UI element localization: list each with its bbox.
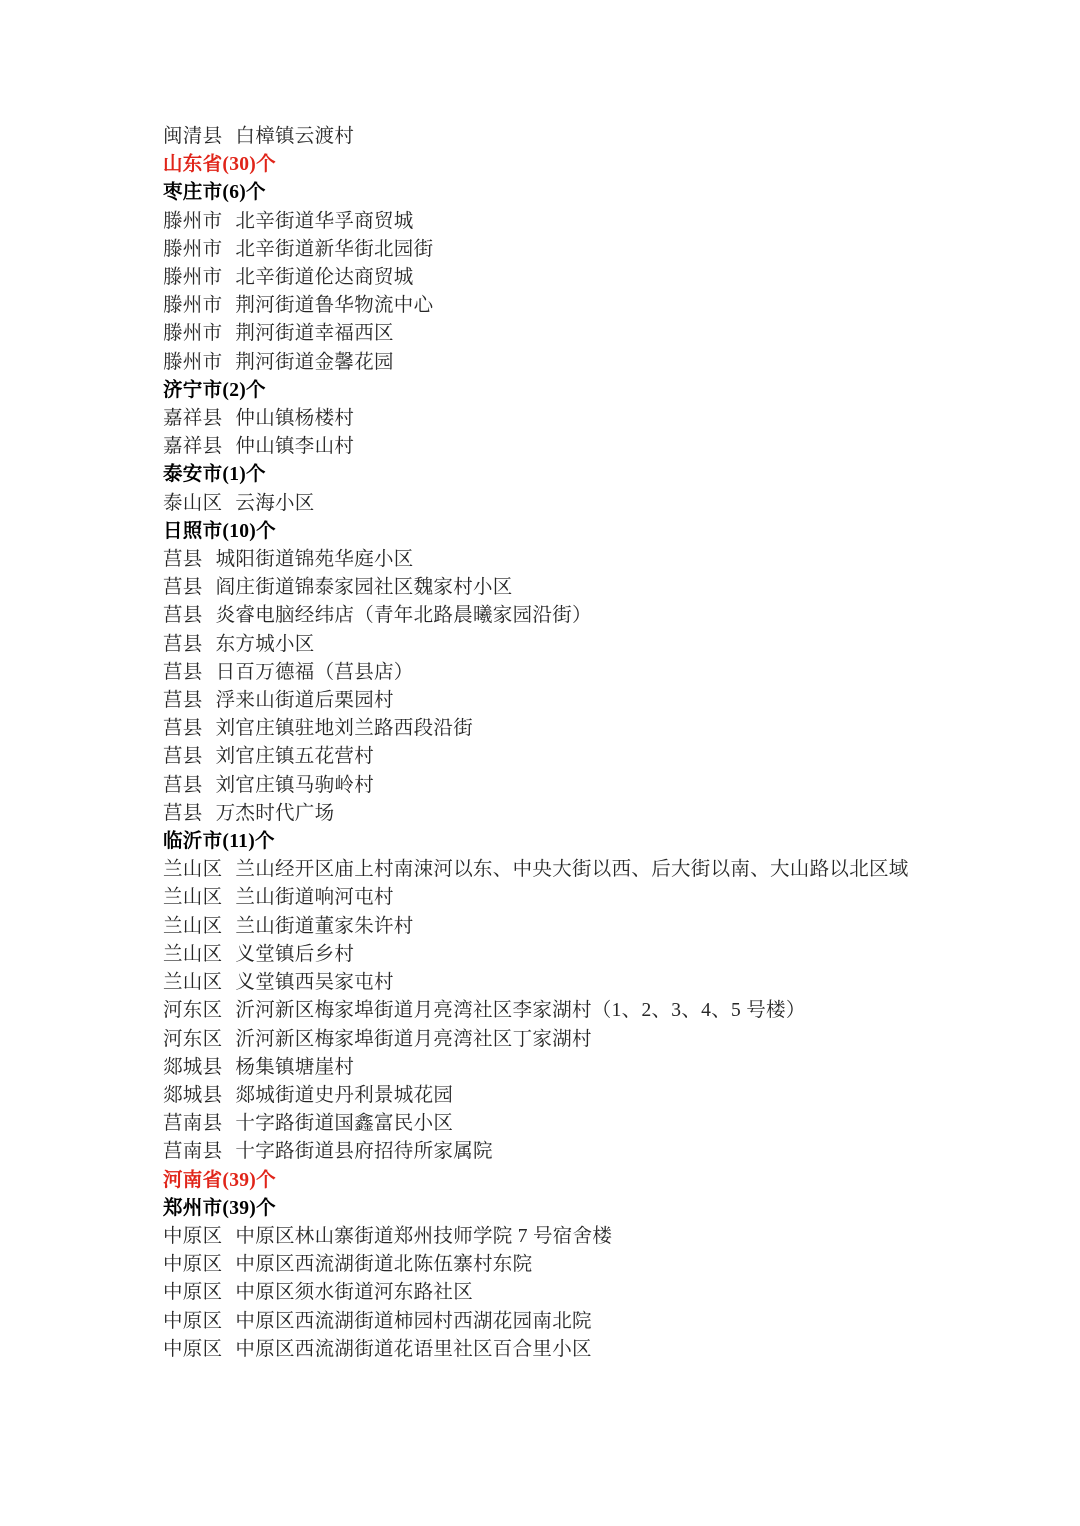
county-label: 河东区 (163, 1026, 222, 1054)
place-label: 沂河新区梅家埠街道月亮湾社区李家湖村（1、2、3、4、5 号楼） (235, 1000, 805, 1021)
county-label: 莒南县 (163, 1110, 222, 1138)
place-label: 义堂镇西吴家屯村 (235, 972, 393, 993)
county-label: 郯城县 (163, 1082, 222, 1110)
place-label: 东方城小区 (216, 634, 315, 655)
place-label: 郯城街道史丹利景城花园 (235, 1085, 453, 1106)
county-label: 滕州市 (163, 264, 222, 292)
list-item: 莒县万杰时代广场 (163, 800, 1023, 828)
list-item: 兰山区兰山经开区庙上村南涑河以东、中央大街以西、后大街以南、大山路以北区域 (163, 856, 1023, 884)
county-label: 莒县 (163, 772, 203, 800)
county-label: 莒县 (163, 659, 203, 687)
list-item: 河东区沂河新区梅家埠街道月亮湾社区丁家湖村 (163, 1026, 1023, 1054)
county-label: 嘉祥县 (163, 433, 222, 461)
list-item: 兰山区兰山街道响河屯村 (163, 884, 1023, 912)
place-label: 北辛街道华孚商贸城 (235, 211, 413, 232)
list-item: 中原区中原区西流湖街道柿园村西湖花园南北院 (163, 1308, 1023, 1336)
list-item: 莒县刘官庄镇五花营村 (163, 743, 1023, 771)
place-label: 中原区西流湖街道北陈伍寨村东院 (235, 1254, 532, 1275)
list-item: 莒南县十字路街道国鑫富民小区 (163, 1110, 1023, 1138)
place-label: 中原区西流湖街道柿园村西湖花园南北院 (235, 1311, 591, 1332)
county-label: 莒县 (163, 602, 203, 630)
county-label: 滕州市 (163, 349, 222, 377)
county-label: 滕州市 (163, 236, 222, 264)
county-label: 郯城县 (163, 1054, 222, 1082)
list-item: 郯城县郯城街道史丹利景城花园 (163, 1082, 1023, 1110)
list-item: 莒县刘官庄镇马驹岭村 (163, 772, 1023, 800)
county-label: 中原区 (163, 1279, 222, 1307)
place-label: 义堂镇后乡村 (235, 944, 354, 965)
place-label: 中原区须水街道河东路社区 (235, 1282, 473, 1303)
county-label: 中原区 (163, 1336, 222, 1364)
county-label: 兰山区 (163, 969, 222, 997)
place-label: 阎庄街道锦泰家园社区魏家村小区 (216, 577, 513, 598)
city-heading: 临沂市(11)个 (163, 828, 1023, 856)
county-label: 河东区 (163, 997, 222, 1025)
place-label: 十字路街道县府招待所家属院 (235, 1141, 492, 1162)
place-label: 中原区西流湖街道花语里社区百合里小区 (235, 1339, 591, 1360)
county-label: 莒县 (163, 574, 203, 602)
county-label: 泰山区 (163, 490, 222, 518)
place-label: 十字路街道国鑫富民小区 (235, 1113, 453, 1134)
list-item: 河东区沂河新区梅家埠街道月亮湾社区李家湖村（1、2、3、4、5 号楼） (163, 997, 1023, 1025)
place-label: 北辛街道伦达商贸城 (235, 267, 413, 288)
list-item: 兰山区义堂镇西吴家屯村 (163, 969, 1023, 997)
place-label: 刘官庄镇五花营村 (216, 746, 374, 767)
city-heading: 郑州市(39)个 (163, 1195, 1023, 1223)
province-heading: 山东省(30)个 (163, 151, 1023, 179)
province-heading: 河南省(39)个 (163, 1167, 1023, 1195)
county-label: 莒县 (163, 546, 203, 574)
list-item: 郯城县杨集镇塘崖村 (163, 1054, 1023, 1082)
city-heading: 济宁市(2)个 (163, 377, 1023, 405)
county-label: 闽清县 (163, 123, 222, 151)
county-label: 中原区 (163, 1251, 222, 1279)
list-item: 滕州市荆河街道金馨花园 (163, 349, 1023, 377)
place-label: 炎睿电脑经纬店（青年北路晨曦家园沿街） (216, 605, 592, 626)
county-label: 莒县 (163, 743, 203, 771)
county-label: 兰山区 (163, 884, 222, 912)
list-item: 莒县日百万德福（莒县店） (163, 659, 1023, 687)
county-label: 滕州市 (163, 208, 222, 236)
place-label: 荆河街道金馨花园 (235, 352, 393, 373)
place-label: 仲山镇杨楼村 (235, 408, 354, 429)
city-heading: 枣庄市(6)个 (163, 179, 1023, 207)
county-label: 中原区 (163, 1223, 222, 1251)
list-item: 滕州市荆河街道鲁华物流中心 (163, 292, 1023, 320)
list-item: 滕州市北辛街道华孚商贸城 (163, 208, 1023, 236)
city-heading: 日照市(10)个 (163, 518, 1023, 546)
list-item: 莒县炎睿电脑经纬店（青年北路晨曦家园沿街） (163, 602, 1023, 630)
place-label: 浮来山街道后栗园村 (216, 690, 394, 711)
place-label: 万杰时代广场 (216, 803, 335, 824)
place-label: 兰山街道响河屯村 (235, 887, 393, 908)
place-label: 荆河街道鲁华物流中心 (235, 295, 433, 316)
county-label: 滕州市 (163, 320, 222, 348)
place-label: 刘官庄镇马驹岭村 (216, 775, 374, 796)
place-label: 白樟镇云渡村 (235, 126, 354, 147)
place-label: 兰山经开区庙上村南涑河以东、中央大街以西、后大街以南、大山路以北区域 (235, 859, 908, 880)
place-label: 杨集镇塘崖村 (235, 1057, 354, 1078)
list-item: 中原区中原区须水街道河东路社区 (163, 1279, 1023, 1307)
place-label: 日百万德福（莒县店） (216, 662, 414, 683)
county-label: 滕州市 (163, 292, 222, 320)
list-item: 莒县东方城小区 (163, 631, 1023, 659)
list-item: 中原区中原区西流湖街道花语里社区百合里小区 (163, 1336, 1023, 1364)
list-item: 兰山区兰山街道董家朱许村 (163, 913, 1023, 941)
list-item: 莒县阎庄街道锦泰家园社区魏家村小区 (163, 574, 1023, 602)
place-label: 荆河街道幸福西区 (235, 323, 393, 344)
place-label: 沂河新区梅家埠街道月亮湾社区丁家湖村 (235, 1029, 591, 1050)
list-item: 嘉祥县仲山镇李山村 (163, 433, 1023, 461)
list-item: 闽清县白樟镇云渡村 (163, 123, 1023, 151)
list-item: 莒县浮来山街道后栗园村 (163, 687, 1023, 715)
list-item: 滕州市荆河街道幸福西区 (163, 320, 1023, 348)
place-label: 城阳街道锦苑华庭小区 (216, 549, 414, 570)
city-heading: 泰安市(1)个 (163, 461, 1023, 489)
place-label: 云海小区 (235, 493, 314, 514)
region-list: 闽清县白樟镇云渡村山东省(30)个枣庄市(6)个滕州市北辛街道华孚商贸城滕州市北… (163, 123, 1023, 1364)
list-item: 莒县刘官庄镇驻地刘兰路西段沿街 (163, 715, 1023, 743)
list-item: 兰山区义堂镇后乡村 (163, 941, 1023, 969)
place-label: 刘官庄镇驻地刘兰路西段沿街 (216, 718, 473, 739)
list-item: 莒南县十字路街道县府招待所家属院 (163, 1138, 1023, 1166)
county-label: 莒县 (163, 687, 203, 715)
county-label: 莒南县 (163, 1138, 222, 1166)
county-label: 兰山区 (163, 913, 222, 941)
list-item: 滕州市北辛街道新华街北园街 (163, 236, 1023, 264)
county-label: 中原区 (163, 1308, 222, 1336)
place-label: 中原区林山寨街道郑州技师学院 7 号宿舍楼 (235, 1226, 612, 1247)
list-item: 中原区中原区林山寨街道郑州技师学院 7 号宿舍楼 (163, 1223, 1023, 1251)
county-label: 兰山区 (163, 856, 222, 884)
list-item: 中原区中原区西流湖街道北陈伍寨村东院 (163, 1251, 1023, 1279)
list-item: 滕州市北辛街道伦达商贸城 (163, 264, 1023, 292)
list-item: 嘉祥县仲山镇杨楼村 (163, 405, 1023, 433)
county-label: 嘉祥县 (163, 405, 222, 433)
list-item: 泰山区云海小区 (163, 490, 1023, 518)
list-item: 莒县城阳街道锦苑华庭小区 (163, 546, 1023, 574)
county-label: 兰山区 (163, 941, 222, 969)
place-label: 仲山镇李山村 (235, 436, 354, 457)
document-page: 闽清县白樟镇云渡村山东省(30)个枣庄市(6)个滕州市北辛街道华孚商贸城滕州市北… (0, 0, 1080, 1526)
place-label: 兰山街道董家朱许村 (235, 916, 413, 937)
county-label: 莒县 (163, 800, 203, 828)
county-label: 莒县 (163, 715, 203, 743)
county-label: 莒县 (163, 631, 203, 659)
place-label: 北辛街道新华街北园街 (235, 239, 433, 260)
